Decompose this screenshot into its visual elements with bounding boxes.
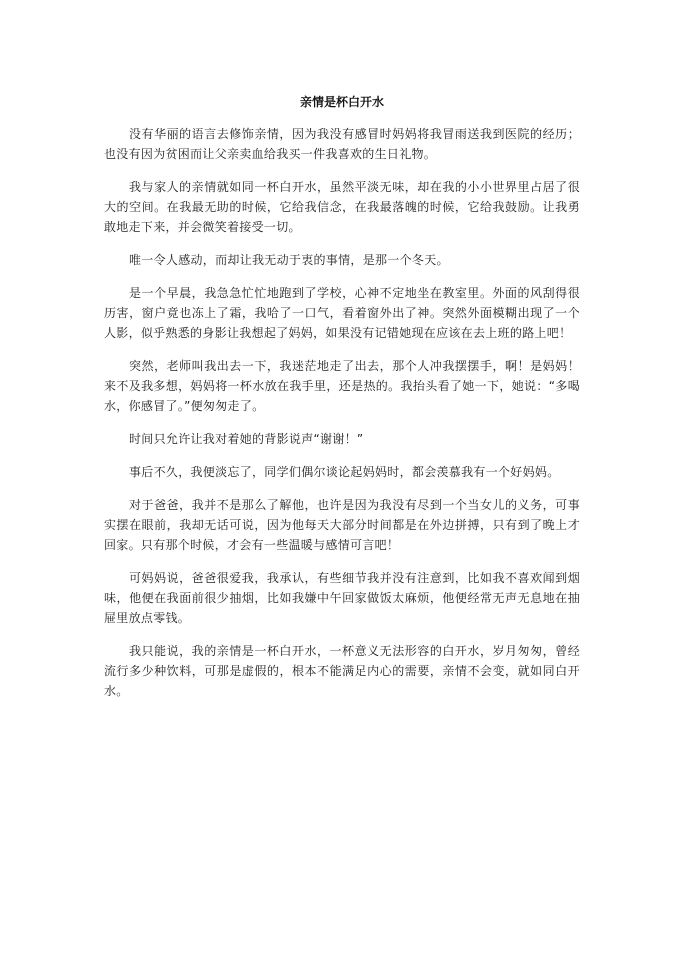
paragraph-3: 唯一令人感动，而却让我无动于衷的事情，是那一个冬天。	[104, 250, 580, 270]
paragraph-7: 事后不久，我便淡忘了，同学们偶尔谈论起妈妈时，都会羡慕我有一个好妈妈。	[104, 462, 580, 482]
document-title: 亲情是杯白开水	[104, 94, 580, 110]
paragraph-5: 突然，老师叫我出去一下，我迷茫地走了出去，那个人冲我摆摆手，啊！是妈妈！来不及我…	[104, 356, 580, 416]
paragraph-6: 时间只允许让我对着她的背影说声“谢谢！”	[104, 429, 580, 449]
paragraph-1: 没有华丽的语言去修饰亲情，因为我没有感冒时妈妈将我冒雨送我到医院的经历；也没有因…	[104, 124, 580, 164]
paragraph-2: 我与家人的亲情就如同一杯白开水，虽然平淡无味，却在我的小小世界里占居了很大的空间…	[104, 177, 580, 237]
paragraph-10: 我只能说，我的亲情是一杯白开水，一杯意义无法形容的白开水，岁月匆匆，曾经流行多少…	[104, 641, 580, 701]
paragraph-9: 可妈妈说，爸爸很爱我，我承认，有些细节我并没有注意到，比如我不喜欢闻到烟味，他便…	[104, 568, 580, 628]
document-page: 亲情是杯白开水 没有华丽的语言去修饰亲情，因为我没有感冒时妈妈将我冒雨送我到医院…	[104, 94, 580, 714]
paragraph-4: 是一个早晨，我急急忙忙地跑到了学校，心神不定地坐在教室里。外面的风刮得很历害，窗…	[104, 283, 580, 343]
paragraph-8: 对于爸爸，我并不是那么了解他，也许是因为我没有尽到一个当女儿的义务，可事实摆在眼…	[104, 495, 580, 555]
